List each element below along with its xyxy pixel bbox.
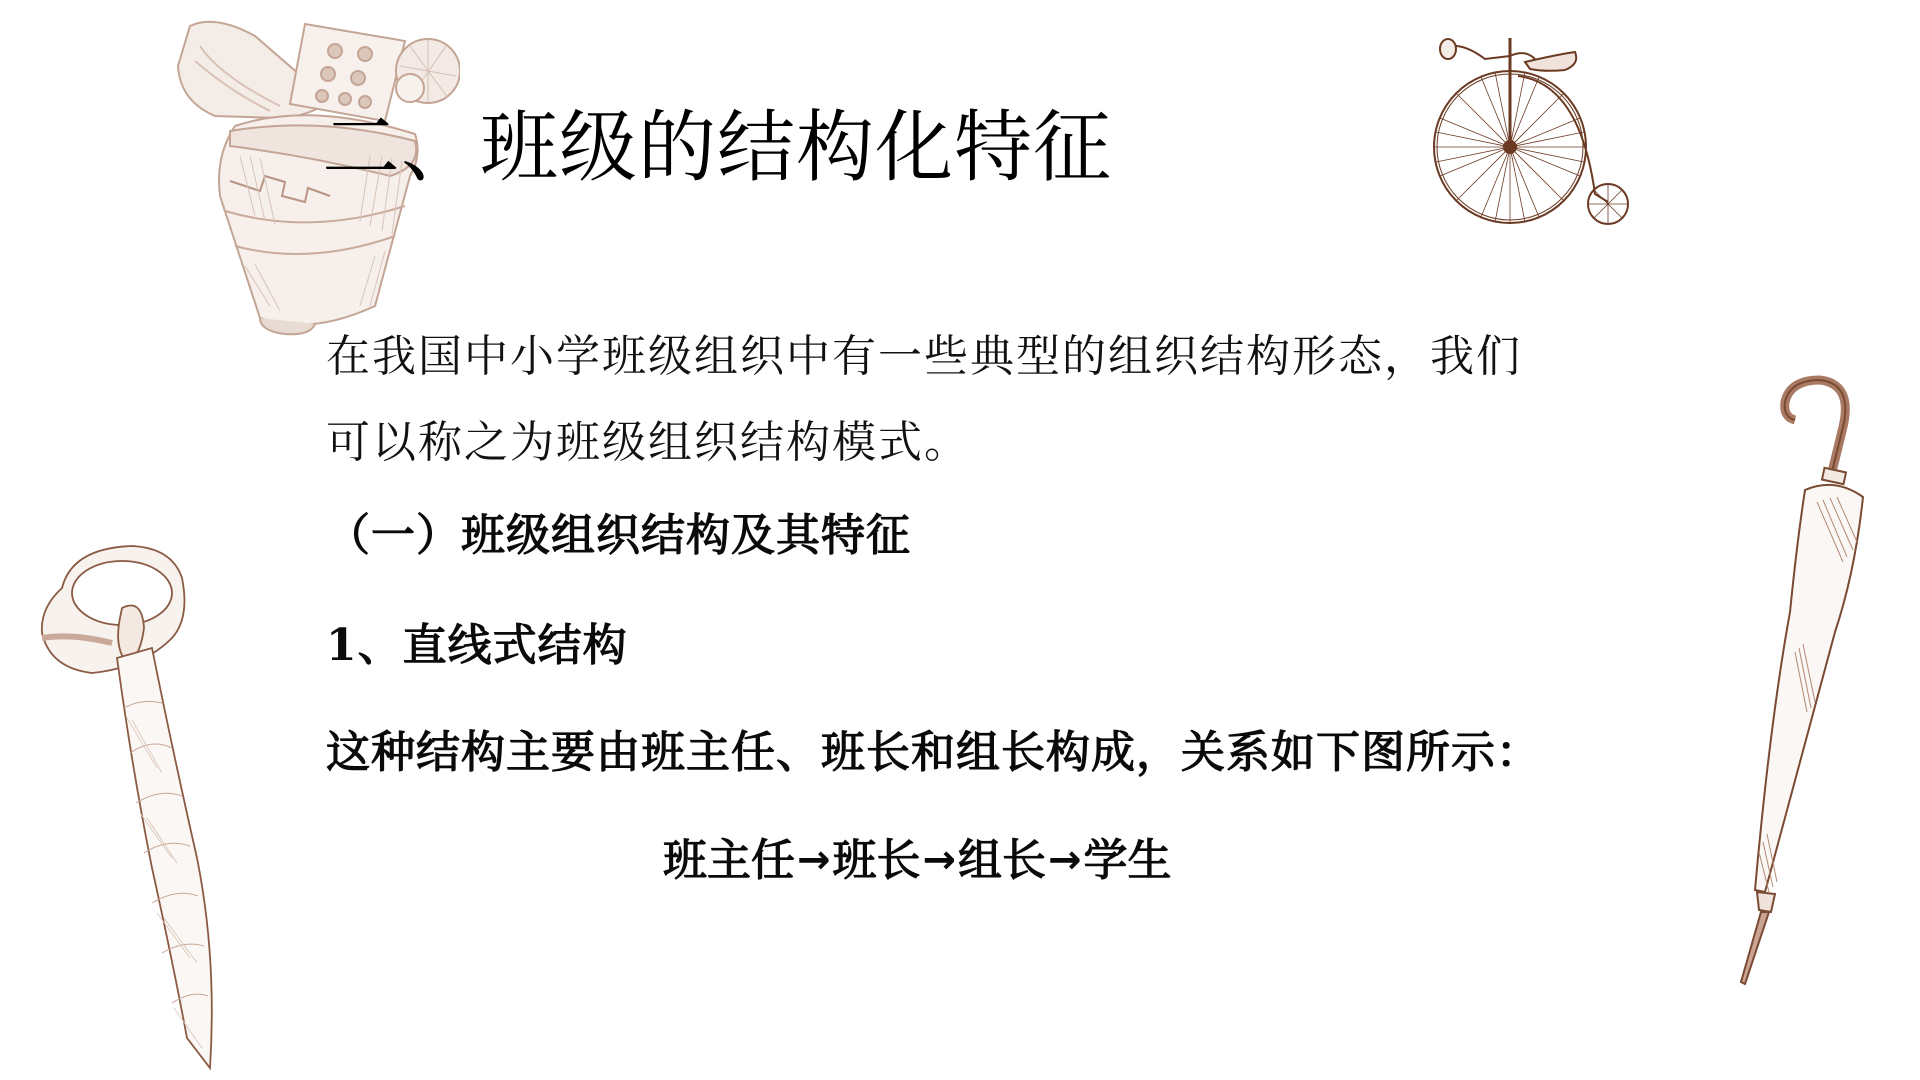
intro-paragraph: 在我国中小学班级组织中有一些典型的组织结构形态，我们 可以称之为班级组织结构模式… — [326, 314, 1626, 486]
intro-line-1: 在我国中小学班级组织中有一些典型的组织结构形态，我们 — [326, 314, 1626, 400]
bicycle-illustration-icon — [1430, 24, 1640, 229]
flow-node-class-monitor: 班长 — [833, 835, 921, 886]
hierarchy-flow: 班主任→班长→组长→学生 — [663, 832, 1172, 889]
arrow-right-icon: → — [1048, 832, 1082, 888]
arrow-right-icon: → — [797, 832, 831, 888]
slide: 二、班级的结构化特征 在我国中小学班级组织中有一些典型的组织结构形态，我们 可以… — [0, 0, 1920, 1080]
section-heading: 1、直线式结构 — [326, 618, 628, 674]
slide-title: 二、班级的结构化特征 — [322, 100, 1112, 196]
flow-node-head-teacher: 班主任 — [663, 835, 795, 886]
flow-node-group-leader: 组长 — [958, 835, 1046, 886]
umbrella-illustration-icon — [1735, 372, 1895, 992]
intro-line-2: 可以称之为班级组织结构模式。 — [326, 400, 1626, 486]
subheading: （一）班级组织结构及其特征 — [326, 508, 911, 564]
structure-description: 这种结构主要由班主任、班长和组长构成，关系如下图所示： — [326, 725, 1541, 781]
flow-node-students: 学生 — [1084, 835, 1172, 886]
scarf-illustration-icon — [32, 538, 242, 1078]
arrow-right-icon: → — [923, 832, 957, 888]
